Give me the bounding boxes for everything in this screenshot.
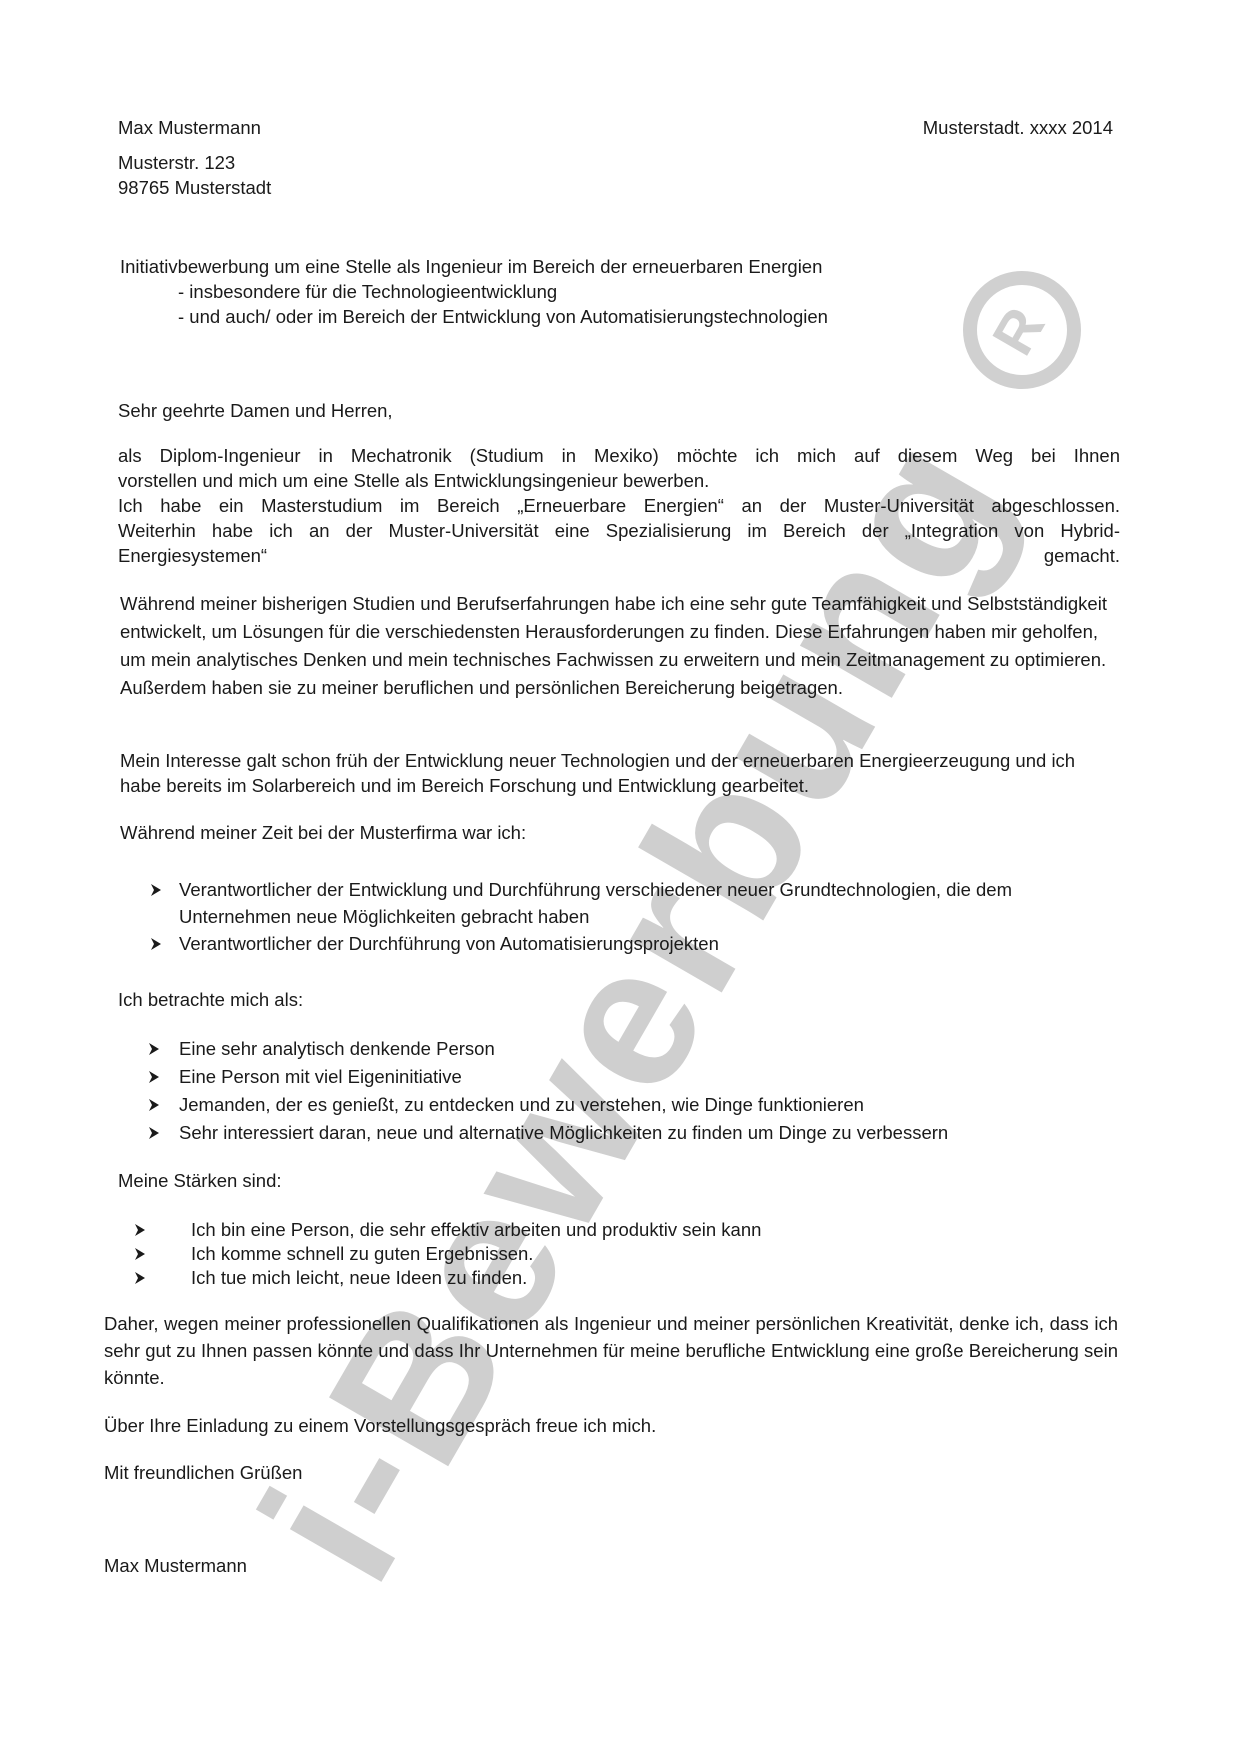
strengths-intro: Meine Stärken sind: (118, 1168, 282, 1193)
sender-street: Musterstr. 123 (118, 150, 235, 175)
self-intro: Ich betrachte mich als: (118, 987, 303, 1012)
arrow-bullet-icon (148, 1070, 160, 1084)
list-item-text: Ich komme schnell zu guten Ergebnissen. (191, 1243, 533, 1264)
list-item-text: Eine Person mit viel Eigeninitiative (179, 1066, 462, 1087)
arrow-bullet-icon (134, 1223, 146, 1237)
list-item: Verantwortlicher der Entwicklung und Dur… (150, 876, 1120, 930)
subject-sub-line: - und auch/ oder im Bereich der Entwickl… (120, 304, 828, 329)
list-item: Ich tue mich leicht, neue Ideen zu finde… (134, 1266, 1034, 1290)
list-item-text: Verantwortlicher der Entwicklung und Dur… (179, 879, 1012, 927)
intro-line: vorstellen und mich um eine Stelle als E… (118, 468, 1120, 493)
list-item-text: Verantwortlicher der Durchführung von Au… (179, 933, 719, 954)
list-item-text: Sehr interessiert daran, neue und altern… (179, 1122, 948, 1143)
list-item-text: Eine sehr analytisch denkende Person (179, 1038, 495, 1059)
interview-line: Über Ihre Einladung zu einem Vorstellung… (104, 1413, 656, 1438)
signature: Max Mustermann (104, 1553, 247, 1578)
closing-paragraph: Daher, wegen meiner professionellen Qual… (104, 1310, 1118, 1391)
subject-sub-line: - insbesondere für die Technologieentwic… (120, 279, 828, 304)
arrow-bullet-icon (148, 1042, 160, 1056)
firm-list: Verantwortlicher der Entwicklung und Dur… (150, 876, 1120, 957)
list-item: Ich komme schnell zu guten Ergebnissen. (134, 1242, 1034, 1266)
list-item-text: Ich bin eine Person, die sehr effektiv a… (191, 1219, 761, 1240)
list-item: Eine sehr analytisch denkende Person (148, 1035, 1128, 1063)
sender-name: Max Mustermann (118, 115, 261, 140)
list-item: Verantwortlicher der Durchführung von Au… (150, 930, 1120, 957)
sender-city: 98765 Musterstadt (118, 175, 271, 200)
intro-line: Weiterhin habe ich an der Muster-Univers… (118, 518, 1120, 543)
arrow-bullet-icon (134, 1271, 146, 1285)
firm-intro: Während meiner Zeit bei der Musterfirma … (120, 820, 526, 845)
intro-last-right: gemacht. (1044, 543, 1120, 568)
intro-last-line: Energiesystemen“ gemacht. (118, 543, 1120, 568)
arrow-bullet-icon (150, 937, 162, 951)
strengths-list: Ich bin eine Person, die sehr effektiv a… (134, 1218, 1034, 1290)
greeting: Mit freundlichen Grüßen (104, 1460, 302, 1485)
salutation: Sehr geehrte Damen und Herren, (118, 398, 393, 423)
intro-last-left: Energiesystemen“ (118, 543, 267, 568)
list-item: Ich bin eine Person, die sehr effektiv a… (134, 1218, 1034, 1242)
experience-paragraph: Während meiner bisherigen Studien und Be… (120, 590, 1120, 702)
list-item-text: Ich tue mich leicht, neue Ideen zu finde… (191, 1267, 527, 1288)
subject-line: Initiativbewerbung um eine Stelle als In… (120, 254, 828, 329)
arrow-bullet-icon (148, 1098, 160, 1112)
interest-paragraph: Mein Interesse galt schon früh der Entwi… (120, 748, 1120, 798)
subject-main: Initiativbewerbung um eine Stelle als In… (120, 256, 822, 277)
list-item: Eine Person mit viel Eigeninitiative (148, 1063, 1128, 1091)
place-date: Musterstadt. xxxx 2014 (923, 115, 1113, 140)
arrow-bullet-icon (148, 1126, 160, 1140)
list-item: Jemanden, der es genießt, zu entdecken u… (148, 1091, 1128, 1119)
list-item-text: Jemanden, der es genießt, zu entdecken u… (179, 1094, 864, 1115)
self-list: Eine sehr analytisch denkende Person Ein… (148, 1035, 1128, 1147)
letter-page: R i-Bewerbung Max Mustermann Musterstadt… (0, 0, 1239, 1755)
list-item: Sehr interessiert daran, neue und altern… (148, 1119, 1128, 1147)
intro-paragraph: als Diplom-Ingenieur in Mechatronik (Stu… (118, 443, 1120, 568)
arrow-bullet-icon (150, 883, 162, 897)
arrow-bullet-icon (134, 1247, 146, 1261)
intro-line: als Diplom-Ingenieur in Mechatronik (Stu… (118, 443, 1120, 468)
intro-line: Ich habe ein Masterstudium im Bereich „E… (118, 493, 1120, 518)
